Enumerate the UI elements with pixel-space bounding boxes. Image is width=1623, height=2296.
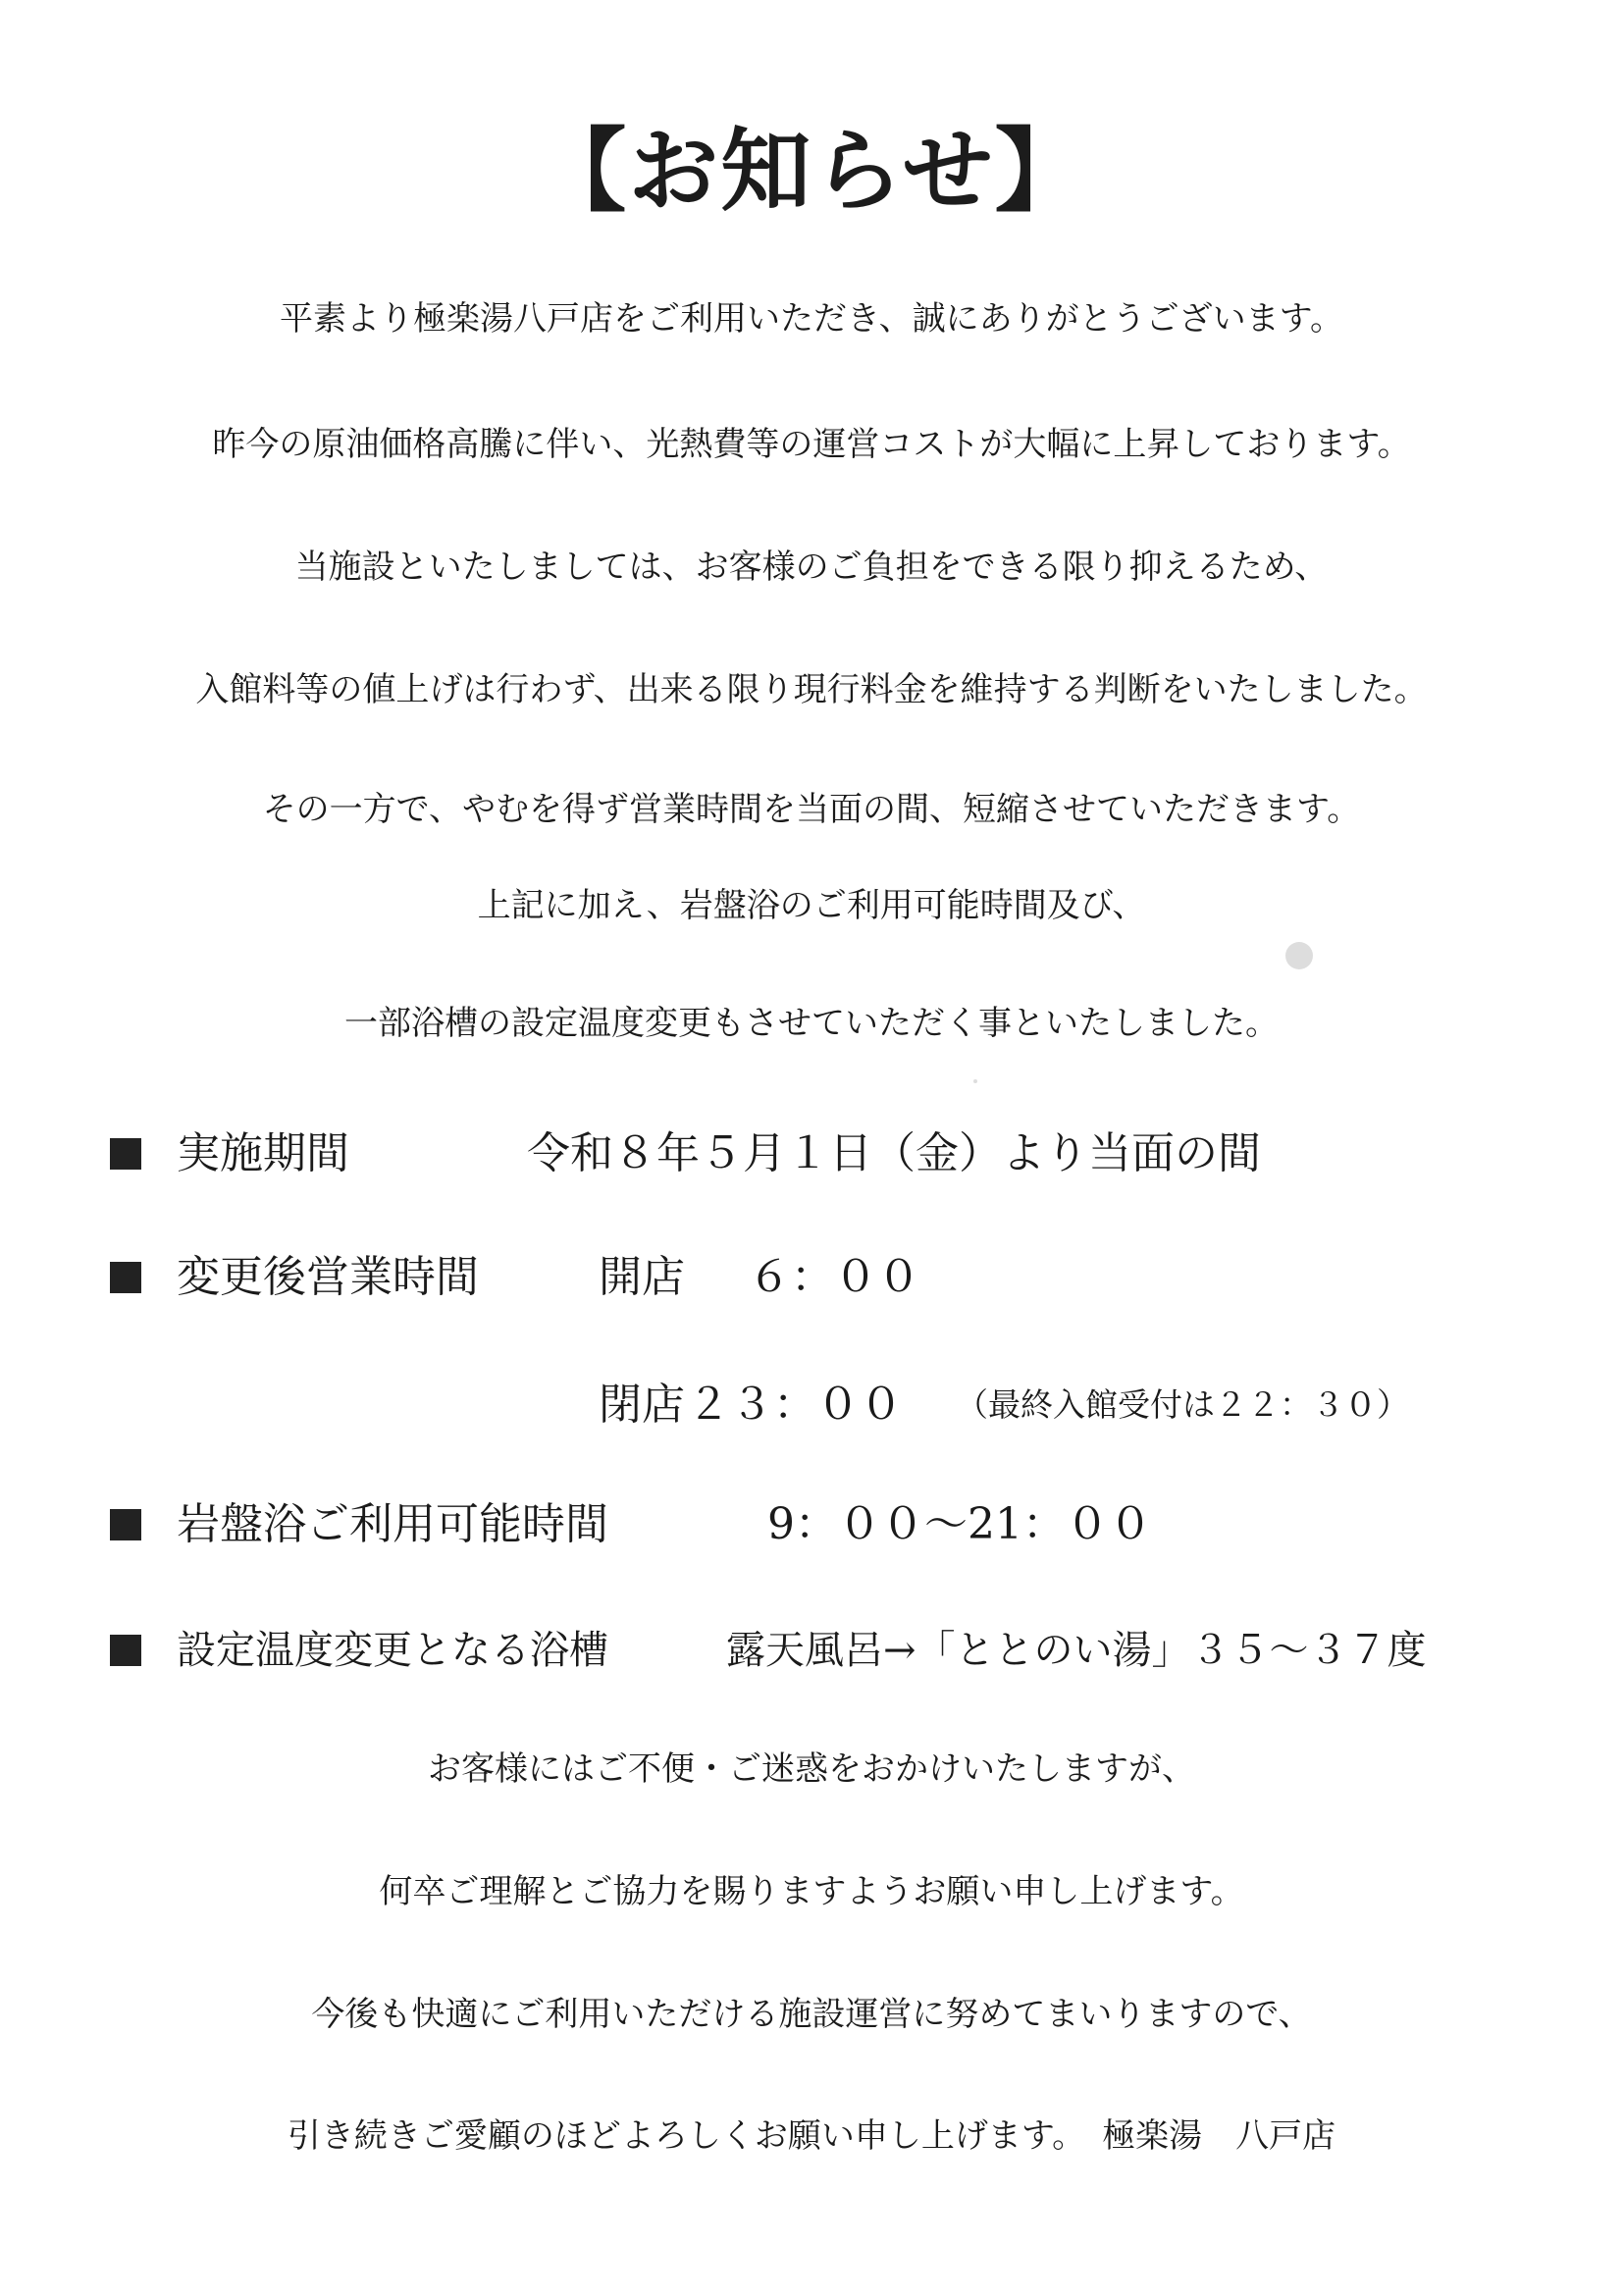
square-bullet-icon [110,1509,141,1540]
scan-speck [1285,942,1313,969]
notice-page: 【お知らせ】 平素より極楽湯八戸店をご利用いただき、誠にありがとうございます。 … [0,0,1623,2296]
intro-line-2: 昨今の原油価格高騰に伴い、光熱費等の運営コストが大幅に上昇しております。 [0,420,1623,469]
scan-speck [973,1079,977,1083]
last-entry-note: （最終入館受付は２２：３０） [956,1376,1409,1435]
intro-line-7: 一部浴槽の設定温度変更もさせていただく事といたしました。 [0,999,1623,1048]
closing-line-1: お客様にはご不便・ご迷惑をおかけいたしますが、 [0,1745,1623,1794]
open-time: ６：００ [748,1248,920,1307]
item-value: 令和８年５月１日（金）より当面の間 [527,1124,1261,1183]
intro-line-3: 当施設といたしましては、お客様のご負担をできる限り抑えるため、 [0,543,1623,592]
item-label: 設定温度変更となる浴槽 [177,1621,608,1680]
closing-line-2: 何卒ご理解とご協力を賜りますようお願い申し上げます。 [0,1867,1623,1916]
intro-line-1: 平素より極楽湯八戸店をご利用いただき、誠にありがとうございます。 [0,294,1623,343]
closing-line-4-signature: 引き続きご愛顧のほどよろしくお願い申し上げます。 極楽湯 八戸店 [0,2112,1623,2161]
intro-line-6: 上記に加え、岩盤浴のご利用可能時間及び、 [0,881,1623,930]
notice-title: 【お知らせ】 [0,113,1623,231]
open-label: 開店 [599,1248,685,1307]
intro-line-5: その一方で、やむを得ず営業時間を当面の間、短縮させていただきます。 [0,785,1623,834]
intro-line-4: 入館料等の値上げは行わず、出来る限り現行料金を維持する判断をいたしました。 [0,665,1623,714]
item-label: 変更後営業時間 [177,1248,479,1307]
square-bullet-icon [110,1635,141,1666]
close-time: ２３：００ [687,1376,903,1435]
close-label: 閉店 [599,1376,685,1435]
item-label: 岩盤浴ご利用可能時間 [177,1495,608,1554]
item-value: 9：００～21：００ [767,1495,1152,1554]
closing-line-3: 今後も快適にご利用いただける施設運営に努めてまいりますので、 [0,1990,1623,2039]
item-value: 露天風呂→「ととのい湯」３５～３７度 [726,1621,1427,1680]
square-bullet-icon [110,1262,141,1293]
square-bullet-icon [110,1138,141,1170]
item-label: 実施期間 [177,1124,349,1183]
